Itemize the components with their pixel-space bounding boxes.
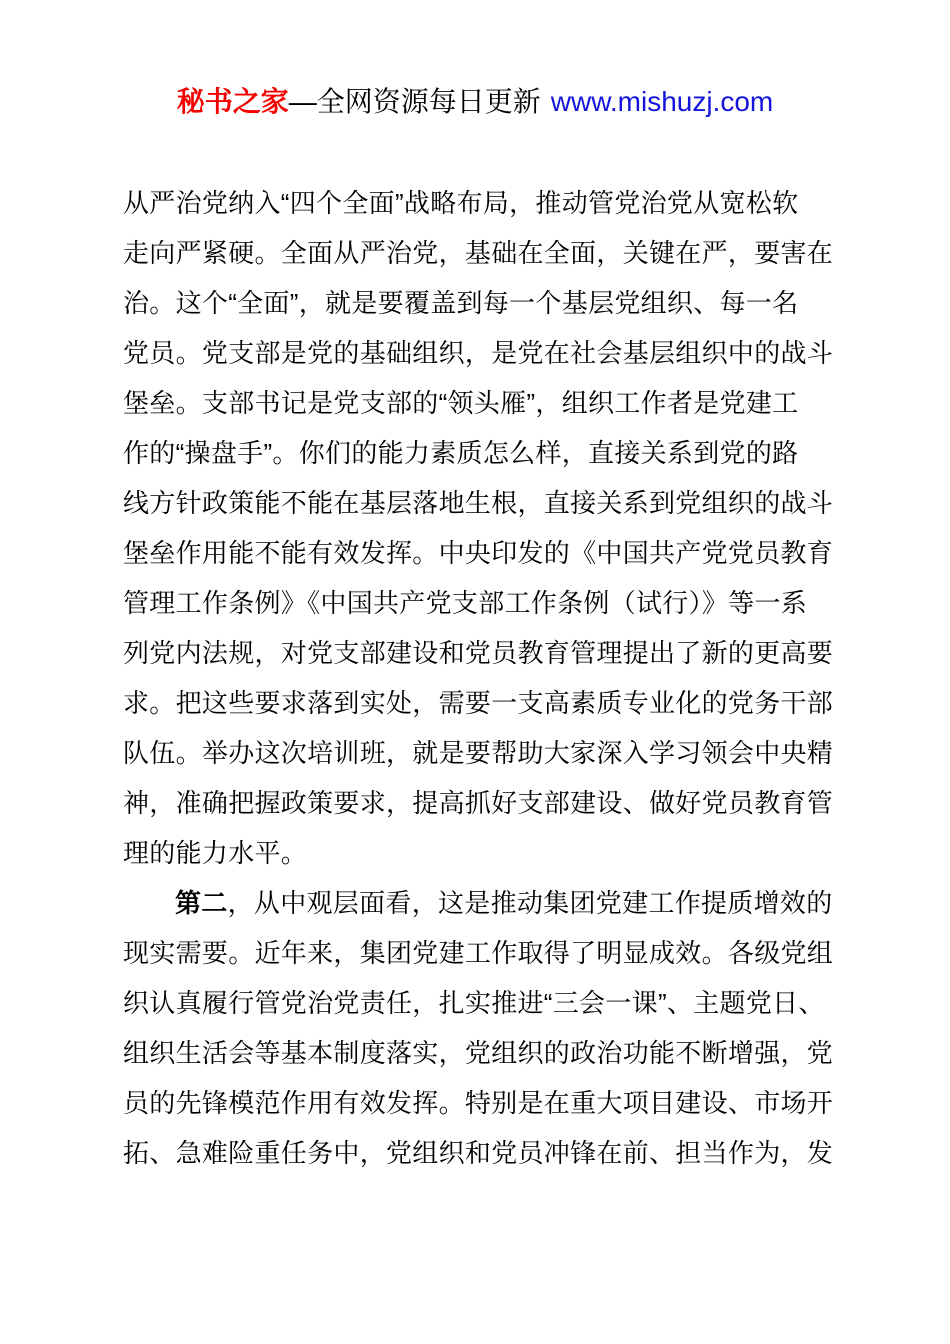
text-segment: 员的先锋模范作用有效发挥。特别是在重大项目建设、市场开 [123, 1088, 833, 1118]
text-line: 第二，从中观层面看，这是推动集团党建工作提质增效的 [123, 878, 833, 928]
text-line: 神，准确把握政策要求，提高抓好支部建设、做好党员教育管 [123, 778, 833, 828]
document-body: 从严治党纳入“四个全面”战略布局，推动管党治党从宽松软走向严紧硬。全面从严治党，… [123, 178, 833, 1178]
header-dash: — [289, 86, 317, 117]
text-segment: 管理工作条例》《中国共产党支部工作条例（试行）》等一系 [123, 588, 807, 618]
text-segment: 列党内法规，对党支部建设和党员教育管理提出了新的更高要 [123, 638, 833, 668]
text-segment: 求。把这些要求落到实处，需要一支高素质专业化的党务干部 [123, 688, 833, 718]
text-segment: 线方针政策能不能在基层落地生根，直接关系到党组织的战斗 [123, 488, 833, 518]
text-segment: 走向严紧硬。全面从严治党，基础在全面，关键在严，要害在 [123, 238, 833, 268]
text-line: 织认真履行管党治党责任，扎实推进“三会一课”、主题党日、 [123, 978, 833, 1028]
text-segment: 党员。党支部是党的基础组织，是党在社会基层组织中的战斗 [123, 338, 833, 368]
text-segment: ，从中观层面看，这是推动集团党建工作提质增效的 [228, 888, 833, 918]
text-line: 员的先锋模范作用有效发挥。特别是在重大项目建设、市场开 [123, 1078, 833, 1128]
document-page: 秘书之家—全网资源每日更新www.mishuzj.com 从严治党纳入“四个全面… [0, 0, 950, 1344]
text-line: 治。这个“全面”，就是要覆盖到每一个基层党组织、每一名 [123, 278, 833, 328]
text-segment: 织认真履行管党治党责任，扎实推进“三会一课”、主题党日、 [123, 988, 825, 1018]
text-segment: 理的能力水平。 [123, 838, 307, 868]
site-url-link[interactable]: www.mishuzj.com [551, 86, 773, 117]
text-line: 堡垒。支部书记是党支部的“领头雁”，组织工作者是党建工 [123, 378, 833, 428]
site-header: 秘书之家—全网资源每日更新www.mishuzj.com [0, 84, 950, 120]
text-line: 作的“操盘手”。你们的能力素质怎么样，直接关系到党的路 [123, 428, 833, 478]
text-segment: 堡垒作用能不能有效发挥。中央印发的《中国共产党党员教育 [123, 538, 833, 568]
text-line: 现实需要。近年来，集团党建工作取得了明显成效。各级党组 [123, 928, 833, 978]
text-line: 走向严紧硬。全面从严治党，基础在全面，关键在严，要害在 [123, 228, 833, 278]
site-name: 秘书之家 [177, 86, 289, 117]
text-line: 拓、急难险重任务中，党组织和党员冲锋在前、担当作为，发 [123, 1128, 833, 1178]
text-segment: 拓、急难险重任务中，党组织和党员冲锋在前、担当作为，发 [123, 1138, 833, 1168]
text-line: 理的能力水平。 [123, 828, 833, 878]
text-line: 队伍。举办这次培训班，就是要帮助大家深入学习领会中央精 [123, 728, 833, 778]
text-line: 列党内法规，对党支部建设和党员教育管理提出了新的更高要 [123, 628, 833, 678]
text-segment: 治。这个“全面”，就是要覆盖到每一个基层党组织、每一名 [123, 288, 798, 318]
text-segment: 队伍。举办这次培训班，就是要帮助大家深入学习领会中央精 [123, 738, 833, 768]
text-line: 求。把这些要求落到实处，需要一支高素质专业化的党务干部 [123, 678, 833, 728]
text-line: 组织生活会等基本制度落实，党组织的政治功能不断增强，党 [123, 1028, 833, 1078]
bold-lead: 第二 [175, 888, 228, 918]
header-tagline: 全网资源每日更新 [317, 86, 541, 117]
text-segment: 堡垒。支部书记是党支部的“领头雁”，组织工作者是党建工 [123, 388, 798, 418]
text-segment: 作的“操盘手”。你们的能力素质怎么样，直接关系到党的路 [123, 438, 798, 468]
text-segment: 组织生活会等基本制度落实，党组织的政治功能不断增强，党 [123, 1038, 833, 1068]
text-line: 堡垒作用能不能有效发挥。中央印发的《中国共产党党员教育 [123, 528, 833, 578]
text-segment: 从严治党纳入“四个全面”战略布局，推动管党治党从宽松软 [123, 188, 798, 218]
text-segment: 现实需要。近年来，集团党建工作取得了明显成效。各级党组 [123, 938, 833, 968]
text-line: 从严治党纳入“四个全面”战略布局，推动管党治党从宽松软 [123, 178, 833, 228]
text-line: 党员。党支部是党的基础组织，是党在社会基层组织中的战斗 [123, 328, 833, 378]
text-line: 线方针政策能不能在基层落地生根，直接关系到党组织的战斗 [123, 478, 833, 528]
text-segment: 神，准确把握政策要求，提高抓好支部建设、做好党员教育管 [123, 788, 833, 818]
text-line: 管理工作条例》《中国共产党支部工作条例（试行）》等一系 [123, 578, 833, 628]
